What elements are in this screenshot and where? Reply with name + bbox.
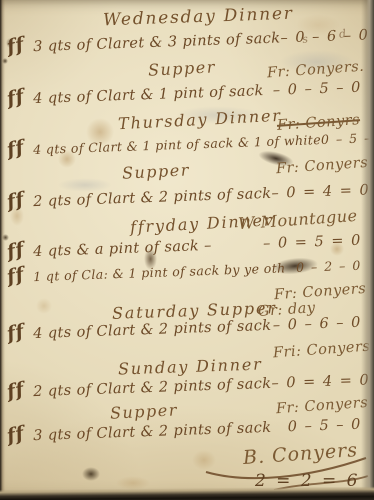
- item-mark-ff: ff: [5, 86, 26, 110]
- entry-text: 4 qts of Clart & 1 pint of sack: [33, 84, 264, 108]
- entry-text: 3 qts of Clart & 2 pints of sack: [33, 421, 272, 445]
- item-mark-ff: ff: [5, 137, 26, 161]
- book-bottom-edge: [0, 486, 374, 500]
- entry-text: 4 qts of Clart & 2 pints of sack: [33, 319, 272, 343]
- signature: Fri: Conyers: [272, 340, 370, 363]
- signature-flourished: B. Conyers: [242, 440, 358, 469]
- entry-amount: – 0 – 6 – 0: [280, 28, 369, 47]
- ledger-entry: ff 4 qts of Clart & 1 pint of sack – 0 –…: [7, 76, 363, 109]
- item-mark-ff: ff: [5, 264, 26, 288]
- entry-text: 2 qts of Clart & 2 pints of sack: [33, 187, 272, 211]
- item-mark-ff: ff: [5, 34, 26, 58]
- ledger-entry: ff 3 qts of Clart & 2 pints of sack 0 – …: [7, 413, 363, 446]
- entry-text: 2 qts of Clart & 2 pints of sack: [33, 377, 272, 401]
- item-mark-ff: ff: [5, 189, 26, 213]
- meal-subheading: Supper: [148, 58, 217, 79]
- item-mark-ff: ff: [5, 379, 26, 403]
- signature: Fr: Conyers: [275, 156, 368, 178]
- item-mark-ff: ff: [5, 423, 26, 447]
- entry-amount: – 0 = 4 = 0: [271, 373, 370, 392]
- entry-amount: 0 – 5 – 0: [288, 418, 363, 437]
- page-edge-right: [361, 0, 374, 500]
- entry-text: 4 qts of Clart & 1 pint of sack & 1 of w…: [33, 133, 321, 157]
- entry-amount: – 0 – 5 – 0: [273, 81, 362, 100]
- entry-amount: – 0 = 5 = 0: [263, 234, 362, 253]
- ledger-entry: ff 2 qts of Clart & 2 pints of sack – 0 …: [7, 179, 363, 212]
- foxing-stain: [192, 450, 216, 470]
- entry-amount: – 0 – 6 – 0: [273, 316, 362, 335]
- ink-speck: [82, 467, 100, 481]
- ledger-entry: ff 4 qts of Clart & 1 pint of sack & 1 o…: [7, 127, 363, 160]
- ledger-entry: ff 3 qts of Claret & 3 pints of sack – 0…: [7, 24, 363, 57]
- entry-amount: 0 – 2 – 0: [296, 259, 362, 275]
- day-heading: Thursday Dinner: [118, 107, 282, 133]
- manuscript-page: Wednesday Dinner s d ff 3 qts of Claret …: [0, 0, 374, 500]
- entry-text: 3 qts of Claret & 3 pints of sack: [33, 31, 281, 56]
- entry-amount: – 0 = 4 = 0: [271, 183, 370, 202]
- page-edge-left: [0, 0, 5, 500]
- item-mark-ff: ff: [5, 239, 26, 263]
- meal-subheading: Supper: [122, 161, 191, 182]
- signature: Fr: Conyers: [273, 282, 366, 304]
- entry-text: 1 qt of Cla: & 1 pint of sack by ye oth: [33, 261, 286, 284]
- item-mark-ff: ff: [5, 321, 26, 345]
- foxing-stain: [36, 298, 52, 314]
- entry-text: 4 qts & a pint of sack –: [33, 239, 212, 261]
